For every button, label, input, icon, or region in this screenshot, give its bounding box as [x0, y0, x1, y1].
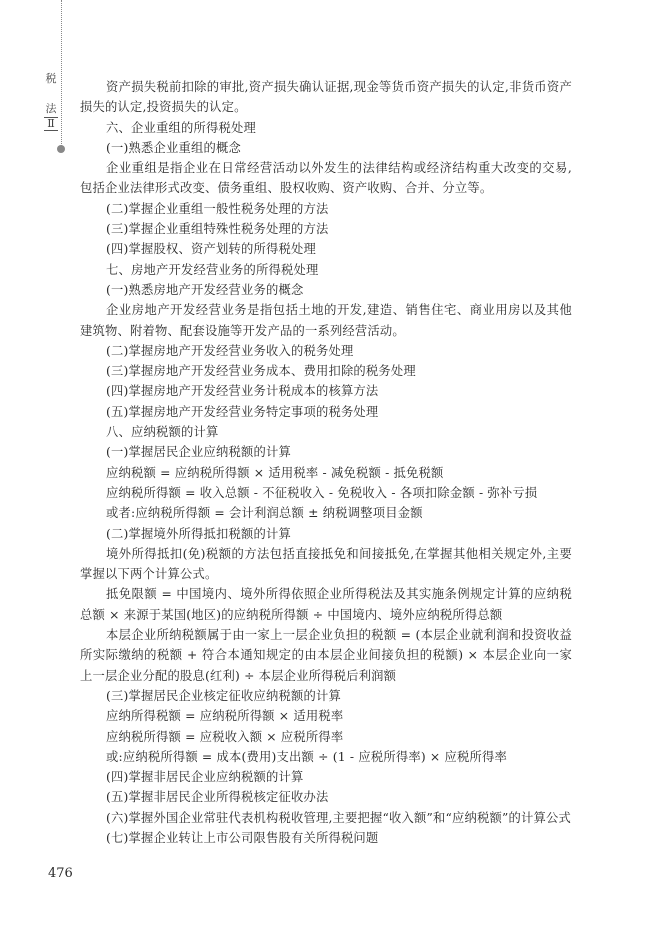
subsection-heading: (四)掌握股权、资产划转的所得税处理 — [80, 239, 572, 259]
margin-label-3: Ⅱ — [44, 117, 58, 131]
formula: 或:应纳税所得额 = 成本(费用)支出额 ÷ (1 - 应税所得率) × 应税所… — [80, 747, 572, 767]
body-text: 资产损失税前扣除的审批,资产损失确认证据,现金等货币资产损失的认定,非货币资产损… — [80, 77, 572, 848]
margin-label-2: 法 — [44, 103, 58, 115]
formula: 应纳税所得额 = 应税收入额 × 应税所得率 — [80, 727, 572, 747]
subsection-heading: (五)掌握非居民企业所得税核定征收办法 — [80, 787, 572, 807]
subsection-heading: (一)熟悉企业重组的概念 — [80, 138, 572, 158]
formula: 或者:应纳税所得额 = 会计利润总额 ± 纳税调整项目金额 — [80, 503, 572, 523]
subsection-heading: (六)掌握外国企业常驻代表机构税收管理,主要把握“收入额”和“应纳税额”的计算公… — [80, 808, 572, 828]
subsection-heading: (七)掌握企业转让上市公司限售股有关所得税问题 — [80, 828, 572, 848]
formula: 应纳所得税额 = 应纳税所得额 × 适用税率 — [80, 706, 572, 726]
subsection-heading: (四)掌握房地产开发经营业务计税成本的核算方法 — [80, 381, 572, 401]
subsection-heading: (一)熟悉房地产开发经营业务的概念 — [80, 280, 572, 300]
formula: 抵免限额 = 中国境内、境外所得依照企业所得税法及其实施条例规定计算的应纳税总额… — [80, 584, 572, 625]
page-number: 476 — [48, 866, 73, 881]
paragraph: 资产损失税前扣除的审批,资产损失确认证据,现金等货币资产损失的认定,非货币资产损… — [80, 77, 572, 118]
subsection-heading: (二)掌握境外所得抵扣税额的计算 — [80, 524, 572, 544]
section-heading: 七、房地产开发经营业务的所得税处理 — [80, 260, 572, 280]
formula: 应纳税额 = 应纳税所得额 × 适用税率 - 减免税额 - 抵免税额 — [80, 463, 572, 483]
subsection-heading: (三)掌握居民企业核定征收应纳税额的计算 — [80, 686, 572, 706]
subsection-heading: (二)掌握企业重组一般性税务处理的方法 — [80, 199, 572, 219]
margin-label-1: 税 — [44, 73, 58, 85]
margin-dot — [57, 145, 65, 153]
paragraph: 企业房地产开发经营业务是指包括土地的开发,建造、销售住宅、商业用房以及其他建筑物… — [80, 300, 572, 341]
subsection-heading: (四)掌握非居民企业应纳税额的计算 — [80, 767, 572, 787]
subsection-heading: (一)掌握居民企业应纳税额的计算 — [80, 442, 572, 462]
subsection-heading: (二)掌握房地产开发经营业务收入的税务处理 — [80, 341, 572, 361]
section-heading: 八、应纳税额的计算 — [80, 422, 572, 442]
formula: 应纳税所得额 = 收入总额 - 不征税收入 - 免税收入 - 各项扣除金额 - … — [80, 483, 572, 503]
subsection-heading: (五)掌握房地产开发经营业务特定事项的税务处理 — [80, 402, 572, 422]
paragraph: 企业重组是指企业在日常经营活动以外发生的法律结构或经济结构重大改变的交易,包括企… — [80, 158, 572, 199]
formula: 本层企业所纳税额属于由一家上一层企业负担的税额 = (本层企业就利润和投资收益所… — [80, 625, 572, 686]
margin-dotted-rule — [61, 0, 62, 148]
subsection-heading: (三)掌握企业重组特殊性税务处理的方法 — [80, 219, 572, 239]
subsection-heading: (三)掌握房地产开发经营业务成本、费用扣除的税务处理 — [80, 361, 572, 381]
section-heading: 六、企业重组的所得税处理 — [80, 118, 572, 138]
paragraph: 境外所得抵扣(免)税额的方法包括直接抵免和间接抵免,在掌握其他相关规定外,主要掌… — [80, 544, 572, 585]
